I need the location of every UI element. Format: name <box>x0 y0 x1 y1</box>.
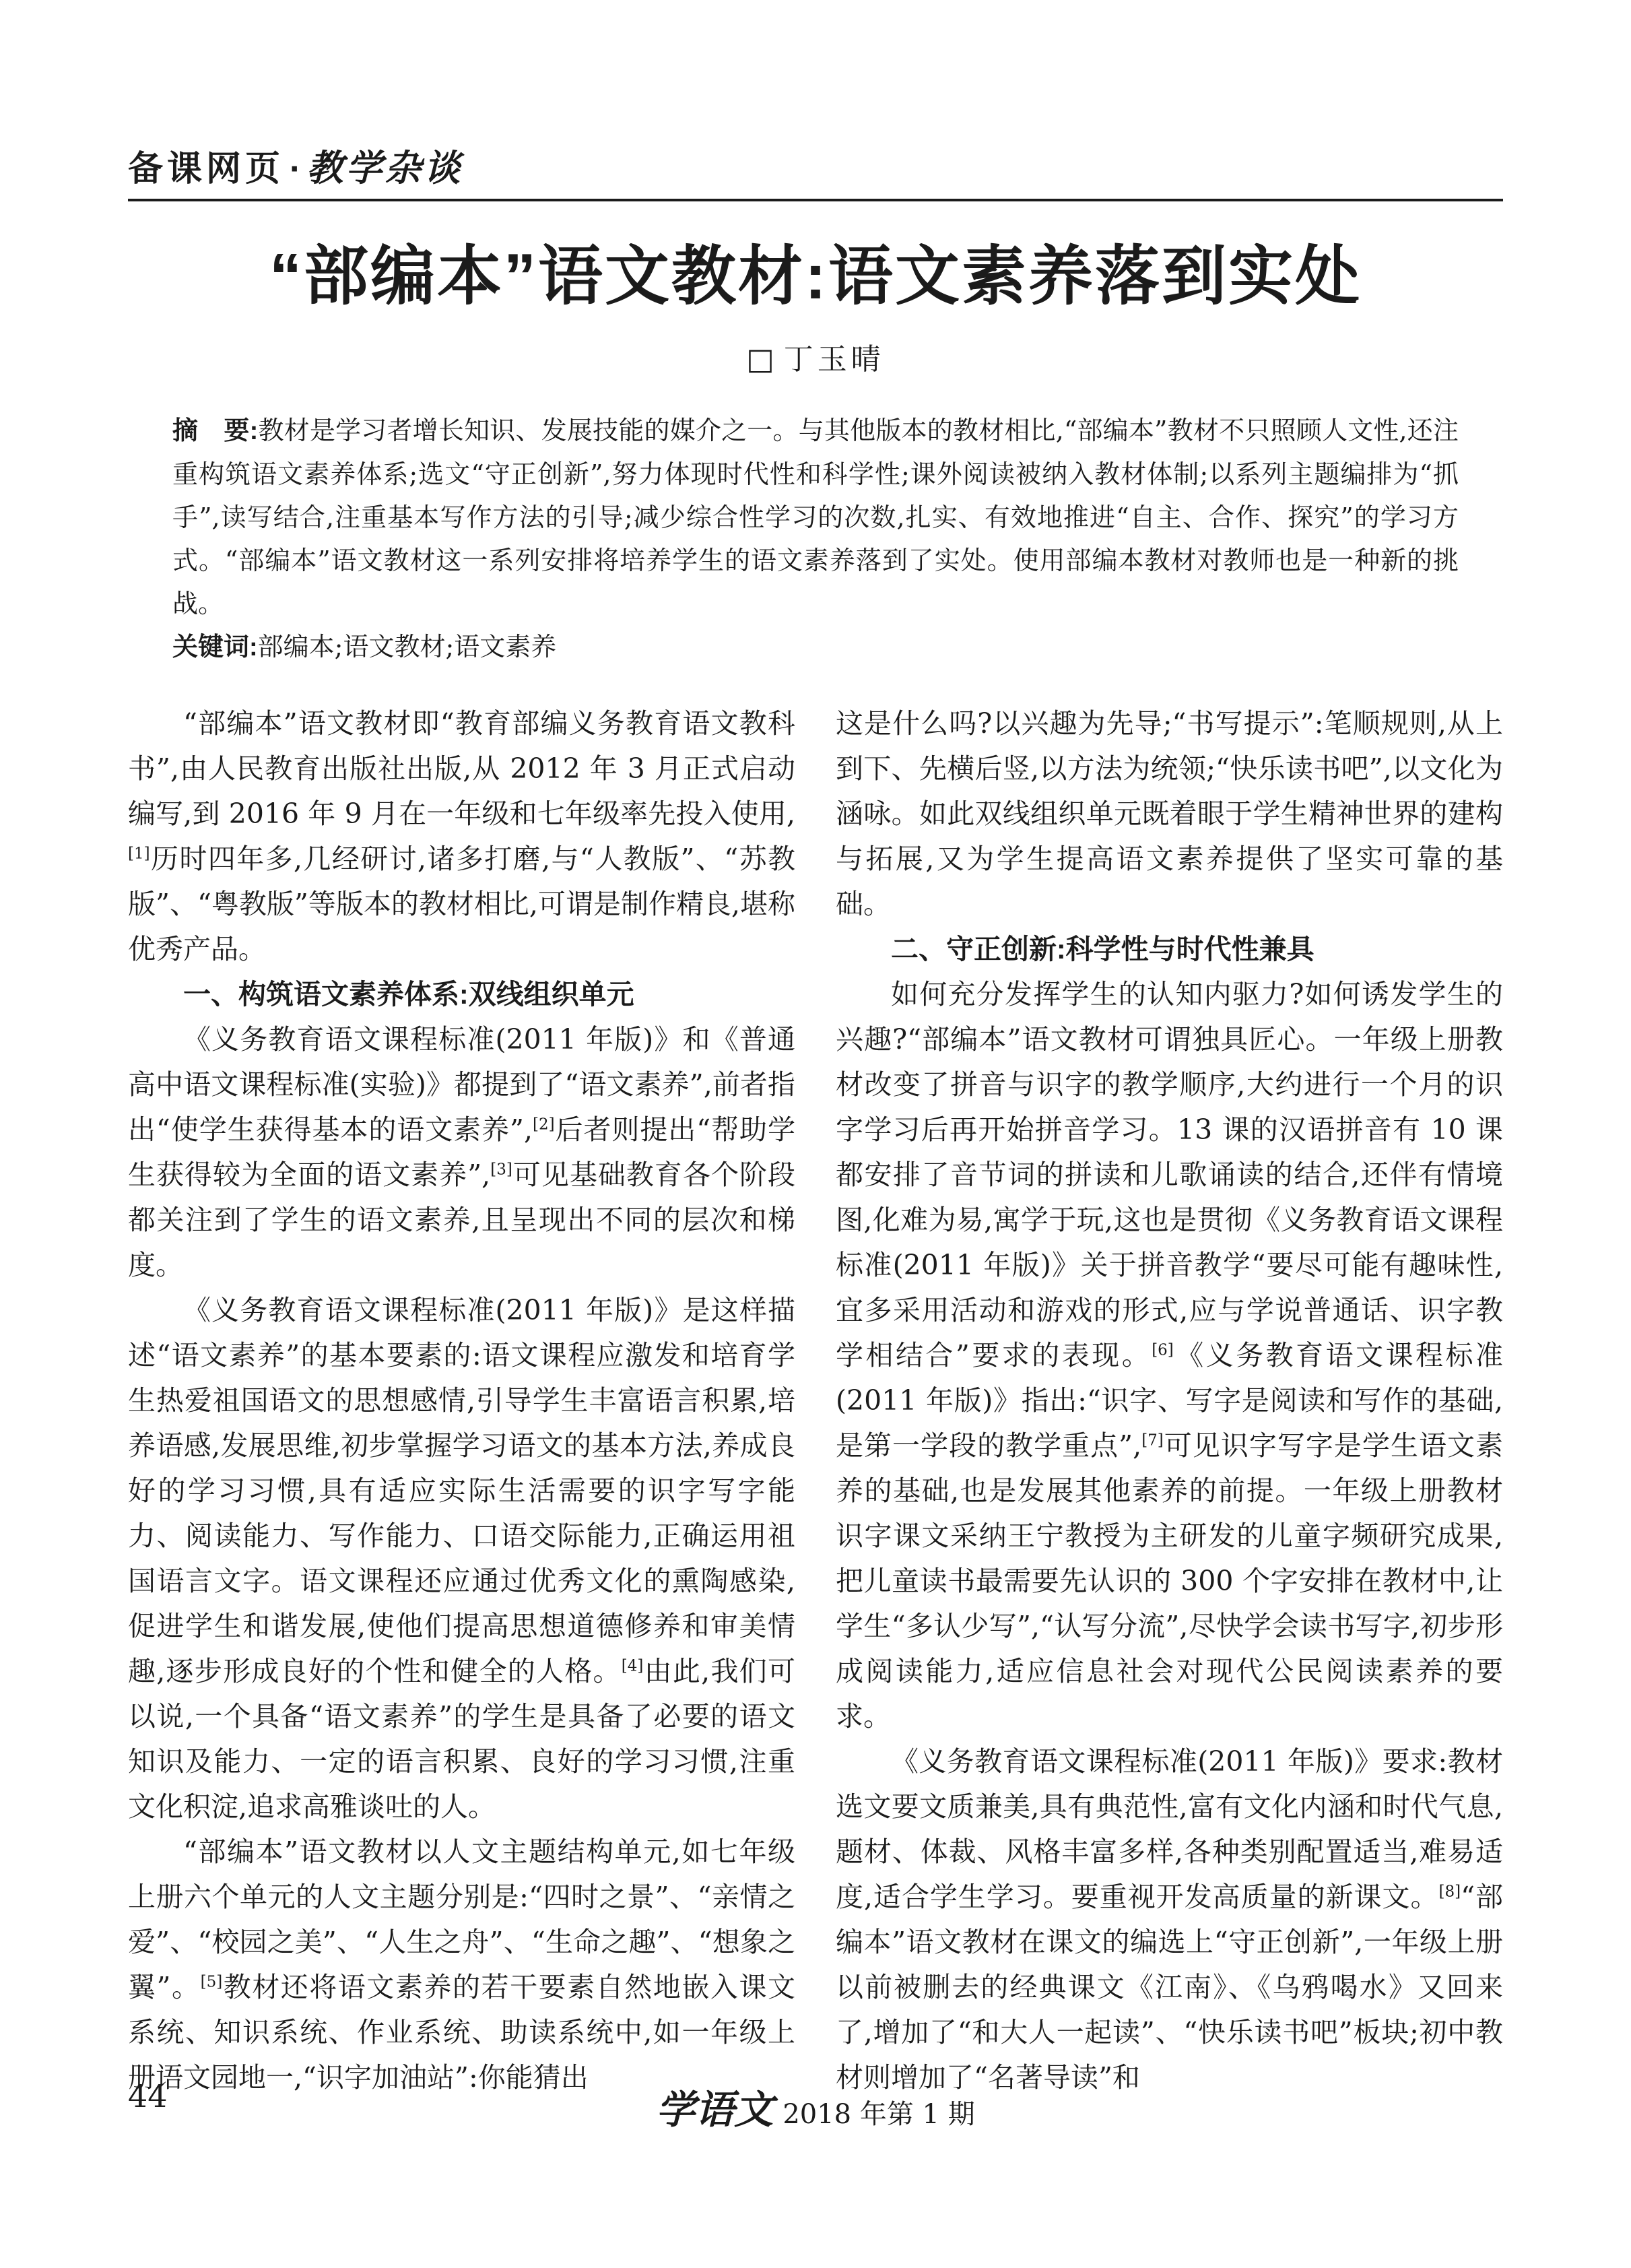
abstract-label: 摘 要: <box>172 417 258 445</box>
journal-issue: 2018 年第 1 期 <box>783 2093 974 2131</box>
section-heading-2: 二、守正创新:科学性与时代性兼具 <box>836 927 1503 972</box>
paragraph: “部编本”语文教材即“教育部编义务教育语文教科书”,由人民教育出版社出版,从 2… <box>128 701 795 972</box>
paragraph-text: “部编本”语文教材即“教育部编义务教育语文教科书”,由人民教育出版社出版,从 2… <box>128 707 795 830</box>
article-title: “部编本”语文教材:语文素养落到实处 <box>128 236 1503 317</box>
footnote-ref-7: [7] <box>1141 1431 1164 1449</box>
keywords-text: 部编本;语文教材;语文素养 <box>258 632 557 661</box>
abstract-text: 教材是学习者增长知识、发展技能的媒介之一。与其他版本的教材相比,“部编本”教材不… <box>172 416 1459 618</box>
paragraph-text: 这是什么吗?以兴趣为先导;“书写提示”:笔顺规则,从上到下、先横后竖,以方法为统… <box>836 707 1503 920</box>
paragraph-text: 如何充分发挥学生的认知内驱力?如何诱发学生的兴趣?“部编本”语文教材可谓独具匠心… <box>836 978 1503 1371</box>
paragraph-text: 历时四年多,几经研讨,诸多打磨,与“人教版”、“苏教版”、“粤教版”等版本的教材… <box>128 843 795 965</box>
paragraph-continuation: 这是什么吗?以兴趣为先导;“书写提示”:笔顺规则,从上到下、先横后竖,以方法为统… <box>836 701 1503 927</box>
author-line: □丁玉晴 <box>128 335 1503 378</box>
paragraph-text: 《义务教育语文课程标准(2011 年版)》是这样描述“语文素养”的基本要素的:语… <box>128 1294 795 1687</box>
paragraph: 《义务教育语文课程标准(2011 年版)》和《普通高中语文课程标准(实验)》都提… <box>128 1017 795 1288</box>
author-name: 丁玉晴 <box>784 342 885 377</box>
journal-name: 学语文 <box>656 2078 773 2135</box>
journal-info: 学语文 2018 年第 1 期 <box>656 2078 974 2135</box>
keywords-label: 关键词: <box>172 633 258 661</box>
footnote-ref-6: [6] <box>1152 1341 1174 1359</box>
keywords-line: 关键词:部编本;语文教材;语文素养 <box>172 625 1459 669</box>
paragraph: “部编本”语文教材以人文主题结构单元,如七年级上册六个单元的人文主题分别是:“四… <box>128 1829 795 2100</box>
right-column: 这是什么吗?以兴趣为先导;“书写提示”:笔顺规则,从上到下、先横后竖,以方法为统… <box>836 701 1503 2100</box>
article-body: “部编本”语文教材即“教育部编义务教育语文教科书”,由人民教育出版社出版,从 2… <box>128 701 1503 2100</box>
page-number: 44 <box>128 2078 168 2114</box>
left-column: “部编本”语文教材即“教育部编义务教育语文教科书”,由人民教育出版社出版,从 2… <box>128 701 795 2100</box>
header-divider <box>128 199 1503 201</box>
page-header: 备课网页 · 教学杂谈 <box>128 150 1503 187</box>
column-section-label: 备课网页 <box>128 152 284 187</box>
footnote-ref-4: [4] <box>622 1657 644 1675</box>
footnote-ref-5: [5] <box>201 1973 223 1990</box>
paragraph-text: 可见识字写字是学生语文素养的基础,也是发展其他素养的前提。一年级上册教材识字课文… <box>836 1429 1503 1732</box>
paragraph: 《义务教育语文课程标准(2011 年版)》是这样描述“语文素养”的基本要素的:语… <box>128 1288 795 1829</box>
author-marker-square: □ <box>746 342 774 377</box>
page-footer: 44 学语文 2018 年第 1 期 <box>128 2078 1503 2125</box>
footnote-ref-8: [8] <box>1438 1883 1461 1900</box>
column-subsection-label: 教学杂谈 <box>306 150 463 186</box>
abstract-paragraph: 摘 要:教材是学习者增长知识、发展技能的媒介之一。与其他版本的教材相比,“部编本… <box>172 409 1459 625</box>
footnote-ref-3: [3] <box>490 1161 512 1178</box>
abstract-block: 摘 要:教材是学习者增长知识、发展技能的媒介之一。与其他版本的教材相比,“部编本… <box>172 409 1459 669</box>
paragraph: 《义务教育语文课程标准(2011 年版)》要求:教材选文要文质兼美,具有典范性,… <box>836 1739 1503 2100</box>
footnote-ref-2: [2] <box>533 1115 555 1133</box>
paragraph-text: 《义务教育语文课程标准(2011 年版)》要求:教材选文要文质兼美,具有典范性,… <box>836 1745 1503 1913</box>
section-heading-1: 一、构筑语文素养体系:双线组织单元 <box>128 972 795 1017</box>
journal-page: 备课网页 · 教学杂谈 “部编本”语文教材:语文素养落到实处 □丁玉晴 摘 要:… <box>0 0 1631 2268</box>
kicker-separator: · <box>290 152 301 187</box>
footnote-ref-1: [1] <box>128 845 150 862</box>
paragraph-text: 教材还将语文素养的若干要素自然地嵌入课文系统、知识系统、作业系统、助读系统中,如… <box>128 1971 795 2094</box>
paragraph: 如何充分发挥学生的认知内驱力?如何诱发学生的兴趣?“部编本”语文教材可谓独具匠心… <box>836 972 1503 1739</box>
